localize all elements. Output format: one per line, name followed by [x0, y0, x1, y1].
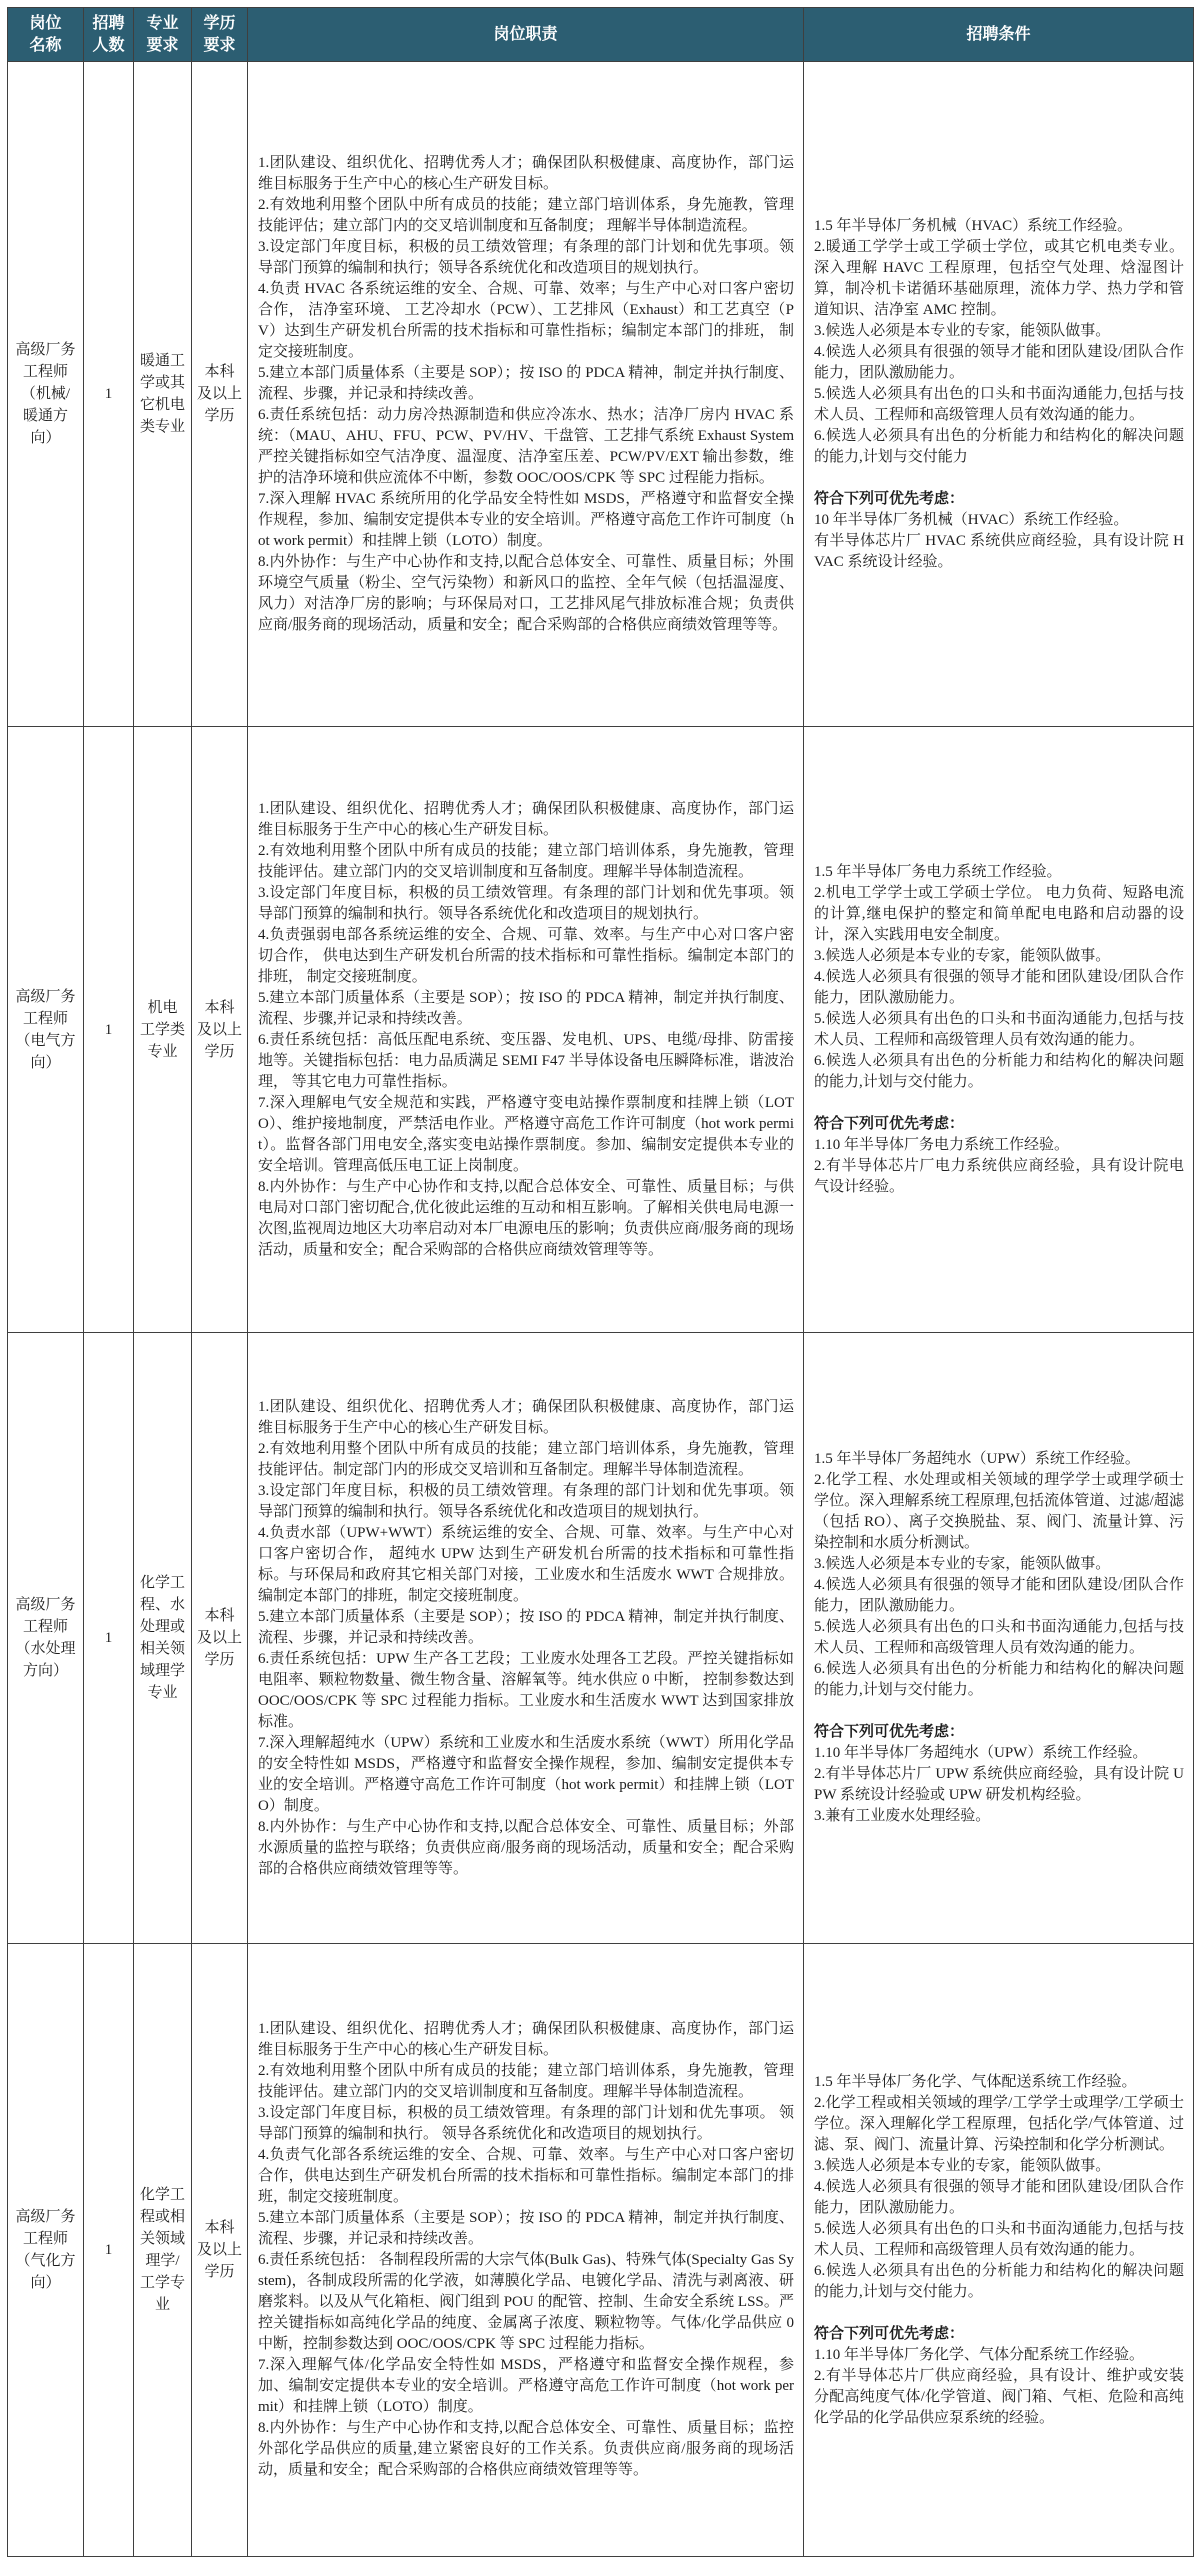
conditions-cell: 1.5 年半导体厂务化学、气体配送系统工作经验。2.化学工程或相关领域的理学/工… [804, 1944, 1194, 2557]
text-paragraph: 7.深入理解 HVAC 系统所用的化学品安全特性如 MSDS，严格遵守和监督安全… [258, 489, 794, 552]
priority-title: 符合下列可优先考虑： [814, 2324, 1184, 2345]
column-header-duties: 岗位职责 [248, 8, 804, 62]
text-paragraph: 1.团队建设、组织优化、招聘优秀人才；确保团队积极健康、高度协作，部门运维目标服… [258, 153, 794, 195]
text-paragraph: 5.建立本部门质量体系（主要是 SOP）；按 ISO 的 PDCA 精神，制定并… [258, 1607, 794, 1649]
text-paragraph: 2.暖通工学学士或工学硕士学位，或其它机电类专业。深入理解 HAVC 工程原理，… [814, 237, 1184, 321]
conditions-list: 1.5 年半导体厂务电力系统工作经验。2.机电工学学士或工学硕士学位。 电力负荷… [814, 862, 1184, 1093]
text-paragraph: 5.建立本部门质量体系（主要是 SOP）；按 ISO 的 PDCA 精神，制定并… [258, 2208, 794, 2250]
headcount-cell: 1 [84, 62, 134, 727]
headcount-cell: 1 [84, 727, 134, 1333]
text-paragraph: 5.候选人必须具有出色的口头和书面沟通能力,包括与技术人员、工程师和高级管理人员… [814, 1617, 1184, 1659]
text-paragraph: 6.责任系统包括：动力房冷热源制造和供应冷冻水、热水；洁净厂房内 HVAC 系统… [258, 405, 794, 489]
text-paragraph: 3.候选人必须是本专业的专家，能领队做事。 [814, 2156, 1184, 2177]
text-paragraph: 3.候选人必须是本专业的专家，能领队做事。 [814, 321, 1184, 342]
text-paragraph: 3.设定部门年度目标，积极的员工绩效管理。有条理的部门计划和优先事项。领导部门预… [258, 1481, 794, 1523]
text-paragraph: 3.候选人必须是本专业的专家，能领队做事。 [814, 946, 1184, 967]
text-paragraph: 6.候选人必须具有出色的分析能力和结构化的解决问题的能力,计划与交付能力。 [814, 1659, 1184, 1701]
text-paragraph: 5.候选人必须具有出色的口头和书面沟通能力,包括与技术人员、工程师和高级管理人员… [814, 2219, 1184, 2261]
header-row: 岗位 名称 招聘 人数 专业 要求 学历 要求 岗位职责 招聘条件 [8, 8, 1194, 62]
conditions-list: 1.5 年半导体厂务化学、气体配送系统工作经验。2.化学工程或相关领域的理学/工… [814, 2072, 1184, 2303]
text-paragraph: 1.5 年半导体厂务机械（HVAC）系统工作经验。 [814, 216, 1184, 237]
headcount-cell: 1 [84, 1333, 134, 1944]
text-paragraph: 4.候选人必须具有很强的领导才能和团队建设/团队合作能力，团队激励能力。 [814, 1575, 1184, 1617]
text-paragraph: 1.5 年半导体厂务化学、气体配送系统工作经验。 [814, 2072, 1184, 2093]
text-paragraph: 8.内外协作：与生产中心协作和支持,以配合总体安全、可靠性、质量目标；监控外部化… [258, 2418, 794, 2481]
table-header: 岗位 名称 招聘 人数 专业 要求 学历 要求 岗位职责 招聘条件 [8, 8, 1194, 62]
text-paragraph: 5.建立本部门质量体系（主要是 SOP）；按 ISO 的 PDCA 精神，制定并… [258, 363, 794, 405]
text-paragraph: 10 年半导体厂务机械（HVAC）系统工作经验。 [814, 510, 1184, 531]
text-paragraph: 2.化学工程或相关领域的理学/工学学士或理学/工学硕士学位。深入理解化学工程原理… [814, 2093, 1184, 2156]
text-paragraph: 3.兼有工业废水处理经验。 [814, 1806, 1184, 1827]
conditions-cell: 1.5 年半导体厂务电力系统工作经验。2.机电工学学士或工学硕士学位。 电力负荷… [804, 727, 1194, 1333]
text-paragraph: 4.负责 HVAC 各系统运维的安全、合规、可靠、效率；与生产中心对口客户密切合… [258, 279, 794, 363]
text-paragraph: 2.有效地利用整个团队中所有成员的技能；建立部门培训体系，身先施教，管理技能评估… [258, 2061, 794, 2103]
text-paragraph: 5.候选人必须具有出色的口头和书面沟通能力,包括与技术人员、工程师和高级管理人员… [814, 384, 1184, 426]
headcount-cell: 1 [84, 1944, 134, 2557]
position-name-cell: 高级厂务 工程师 （电气方 向） [8, 727, 84, 1333]
priority-title: 符合下列可优先考虑： [814, 1722, 1184, 1743]
duties-list: 1.团队建设、组织优化、招聘优秀人才；确保团队积极健康、高度协作，部门运维目标服… [258, 153, 794, 636]
priority-title: 符合下列可优先考虑： [814, 1114, 1184, 1135]
text-paragraph: 2.化学工程、水处理或相关领域的理学学士或理学硕士学位。深入理解系统工程原理,包… [814, 1470, 1184, 1554]
text-paragraph: 4.候选人必须具有很强的领导才能和团队建设/团队合作能力，团队激励能力。 [814, 967, 1184, 1009]
text-paragraph: 2.有半导体芯片厂 UPW 系统供应商经验，具有设计院 UPW 系统设计经验或 … [814, 1764, 1184, 1806]
duties-list: 1.团队建设、组织优化、招聘优秀人才；确保团队积极健康、高度协作，部门运维目标服… [258, 1397, 794, 1880]
conditions-cell: 1.5 年半导体厂务超纯水（UPW）系统工作经验。2.化学工程、水处理或相关领域… [804, 1333, 1194, 1944]
major-cell: 化学工 程或相 关领域 理学/ 工学专 业 [134, 1944, 192, 2557]
text-paragraph: 有半导体芯片厂 HVAC 系统供应商经验，具有设计院 HVAC 系统设计经验。 [814, 531, 1184, 573]
text-paragraph: 4.负责气化部各系统运维的安全、合规、可靠、效率。与生产中心对口客户密切合作，供… [258, 2145, 794, 2208]
column-header-conditions: 招聘条件 [804, 8, 1194, 62]
duties-cell: 1.团队建设、组织优化、招聘优秀人才；确保团队积极健康、高度协作，部门运维目标服… [248, 1944, 804, 2557]
conditions-cell: 1.5 年半导体厂务机械（HVAC）系统工作经验。2.暖通工学学士或工学硕士学位… [804, 62, 1194, 727]
text-paragraph: 8.内外协作：与生产中心协作和支持,以配合总体安全、可靠性、质量目标；与供电局对… [258, 1177, 794, 1261]
text-paragraph: 2.有半导体芯片厂电力系统供应商经验，具有设计院电气设计经验。 [814, 1156, 1184, 1198]
duties-cell: 1.团队建设、组织优化、招聘优秀人才；确保团队积极健康、高度协作，部门运维目标服… [248, 727, 804, 1333]
text-paragraph: 2.有效地利用整个团队中所有成员的技能；建立部门培训体系，身先施教，管理技能评估… [258, 195, 794, 237]
conditions-list: 1.5 年半导体厂务机械（HVAC）系统工作经验。2.暖通工学学士或工学硕士学位… [814, 216, 1184, 468]
position-name-cell: 高级厂务 工程师 （气化方 向） [8, 1944, 84, 2557]
text-paragraph: 4.候选人必须具有很强的领导才能和团队建设/团队合作能力，团队激励能力。 [814, 2177, 1184, 2219]
page: 岗位 名称 招聘 人数 专业 要求 学历 要求 岗位职责 招聘条件 高级厂务 工… [0, 0, 1200, 2565]
column-header-headcount: 招聘 人数 [84, 8, 134, 62]
position-name-cell: 高级厂务 工程师 （机械/ 暖通方 向） [8, 62, 84, 727]
text-paragraph: 2.有效地利用整个团队中所有成员的技能；建立部门培训体系，身先施教，管理技能评估… [258, 1439, 794, 1481]
text-paragraph: 1.10 年半导体厂务化学、气体分配系统工作经验。 [814, 2345, 1184, 2366]
text-paragraph: 4.负责水部（UPW+WWT）系统运维的安全、合规、可靠、效率。与生产中心对口客… [258, 1523, 794, 1607]
text-paragraph: 1.团队建设、组织优化、招聘优秀人才；确保团队积极健康、高度协作，部门运维目标服… [258, 799, 794, 841]
text-paragraph: 3.设定部门年度目标，积极的员工绩效管理。有条理的部门计划和优先事项。 领导部门… [258, 2103, 794, 2145]
table-row: 高级厂务 工程师 （气化方 向） 1 化学工 程或相 关领域 理学/ 工学专 业… [8, 1944, 1194, 2557]
conditions-list: 1.5 年半导体厂务超纯水（UPW）系统工作经验。2.化学工程、水处理或相关领域… [814, 1449, 1184, 1701]
text-paragraph: 2.机电工学学士或工学硕士学位。 电力负荷、短路电流的计算,继电保护的整定和简单… [814, 883, 1184, 946]
education-cell: 本科 及以上 学历 [192, 727, 248, 1333]
text-paragraph: 4.负责强弱电部各系统运维的安全、合规、可靠、效率。与生产中心对口客户密切合作，… [258, 925, 794, 988]
education-cell: 本科 及以上 学历 [192, 1944, 248, 2557]
duties-cell: 1.团队建设、组织优化、招聘优秀人才；确保团队积极健康、高度协作，部门运维目标服… [248, 62, 804, 727]
text-paragraph: 6.候选人必须具有出色的分析能力和结构化的解决问题的能力,计划与交付能力。 [814, 2261, 1184, 2303]
table-row: 高级厂务 工程师 （机械/ 暖通方 向） 1 暖通工 学或其 它机电 类专业 本… [8, 62, 1194, 727]
text-paragraph: 7.深入理解气体/化学品安全特性如 MSDS，严格遵守和监督安全操作规程，参加、… [258, 2355, 794, 2418]
recruitment-table: 岗位 名称 招聘 人数 专业 要求 学历 要求 岗位职责 招聘条件 高级厂务 工… [7, 7, 1194, 2557]
major-cell: 机电 工学类 专业 [134, 727, 192, 1333]
text-paragraph: 5.候选人必须具有出色的口头和书面沟通能力,包括与技术人员、工程师和高级管理人员… [814, 1009, 1184, 1051]
text-paragraph: 8.内外协作：与生产中心协作和支持,以配合总体安全、可靠性、质量目标；外部水源质… [258, 1817, 794, 1880]
text-paragraph: 1.团队建设、组织优化、招聘优秀人才；确保团队积极健康、高度协作，部门运维目标服… [258, 2019, 794, 2061]
column-header-position-name: 岗位 名称 [8, 8, 84, 62]
duties-cell: 1.团队建设、组织优化、招聘优秀人才；确保团队积极健康、高度协作，部门运维目标服… [248, 1333, 804, 1944]
text-paragraph: 6.责任系统包括：UPW 生产各工艺段；工业废水处理各工艺段。严控关键指标如电阻… [258, 1649, 794, 1733]
text-paragraph: 3.设定部门年度目标，积极的员工绩效管理；有条理的部门计划和优先事项。领导部门预… [258, 237, 794, 279]
table-row: 高级厂务 工程师 （电气方 向） 1 机电 工学类 专业 本科 及以上 学历 1… [8, 727, 1194, 1333]
duties-list: 1.团队建设、组织优化、招聘优秀人才；确保团队积极健康、高度协作，部门运维目标服… [258, 799, 794, 1261]
column-header-major: 专业 要求 [134, 8, 192, 62]
text-paragraph: 6.候选人必须具有出色的分析能力和结构化的解决问题的能力,计划与交付能力。 [814, 1051, 1184, 1093]
text-paragraph: 2.有半导体芯片厂供应商经验，具有设计、维护或安装分配高纯度气体/化学管道、阀门… [814, 2366, 1184, 2429]
priority-list: 1.10 年半导体厂务化学、气体分配系统工作经验。2.有半导体芯片厂供应商经验，… [814, 2345, 1184, 2429]
education-cell: 本科 及以上 学历 [192, 1333, 248, 1944]
text-paragraph: 7.深入理解电气安全规范和实践，严格遵守变电站操作票制度和挂牌上锁（LOTO）、… [258, 1093, 794, 1177]
priority-list: 10 年半导体厂务机械（HVAC）系统工作经验。有半导体芯片厂 HVAC 系统供… [814, 510, 1184, 573]
text-paragraph: 3.候选人必须是本专业的专家，能领队做事。 [814, 1554, 1184, 1575]
duties-list: 1.团队建设、组织优化、招聘优秀人才；确保团队积极健康、高度协作，部门运维目标服… [258, 2019, 794, 2481]
text-paragraph: 7.深入理解超纯水（UPW）系统和工业废水和生活废水系统（WWT）所用化学品的安… [258, 1733, 794, 1817]
text-paragraph: 1.团队建设、组织优化、招聘优秀人才；确保团队积极健康、高度协作，部门运维目标服… [258, 1397, 794, 1439]
text-paragraph: 8.内外协作：与生产中心协作和支持,以配合总体安全、可靠性、质量目标；外围环境空… [258, 552, 794, 636]
text-paragraph: 1.10 年半导体厂务超纯水（UPW）系统工作经验。 [814, 1743, 1184, 1764]
priority-list: 1.10 年半导体厂务超纯水（UPW）系统工作经验。2.有半导体芯片厂 UPW … [814, 1743, 1184, 1827]
text-paragraph: 2.有效地利用整个团队中所有成员的技能；建立部门培训体系，身先施教，管理技能评估… [258, 841, 794, 883]
table-row: 高级厂务 工程师 （水处理 方向） 1 化学工 程、水 处理或 相关领 域理学 … [8, 1333, 1194, 1944]
column-header-education: 学历 要求 [192, 8, 248, 62]
text-paragraph: 1.10 年半导体厂务电力系统工作经验。 [814, 1135, 1184, 1156]
text-paragraph: 6.候选人必须具有出色的分析能力和结构化的解决问题的能力,计划与交付能力 [814, 426, 1184, 468]
text-paragraph: 6.责任系统包括： 各制程段所需的大宗气体(Bulk Gas)、特殊气体(Spe… [258, 2250, 794, 2355]
text-paragraph: 5.建立本部门质量体系（主要是 SOP）；按 ISO 的 PDCA 精神，制定并… [258, 988, 794, 1030]
text-paragraph: 1.5 年半导体厂务超纯水（UPW）系统工作经验。 [814, 1449, 1184, 1470]
priority-title: 符合下列可优先考虑： [814, 489, 1184, 510]
major-cell: 暖通工 学或其 它机电 类专业 [134, 62, 192, 727]
position-name-cell: 高级厂务 工程师 （水处理 方向） [8, 1333, 84, 1944]
text-paragraph: 6.责任系统包括：高低压配电系统、变压器、发电机、UPS、电缆/母排、防雷接地等… [258, 1030, 794, 1093]
text-paragraph: 4.候选人必须具有很强的领导才能和团队建设/团队合作能力，团队激励能力。 [814, 342, 1184, 384]
education-cell: 本科 及以上 学历 [192, 62, 248, 727]
text-paragraph: 3.设定部门年度目标，积极的员工绩效管理。有条理的部门计划和优先事项。领导部门预… [258, 883, 794, 925]
text-paragraph: 1.5 年半导体厂务电力系统工作经验。 [814, 862, 1184, 883]
priority-list: 1.10 年半导体厂务电力系统工作经验。2.有半导体芯片厂电力系统供应商经验，具… [814, 1135, 1184, 1198]
major-cell: 化学工 程、水 处理或 相关领 域理学 专业 [134, 1333, 192, 1944]
